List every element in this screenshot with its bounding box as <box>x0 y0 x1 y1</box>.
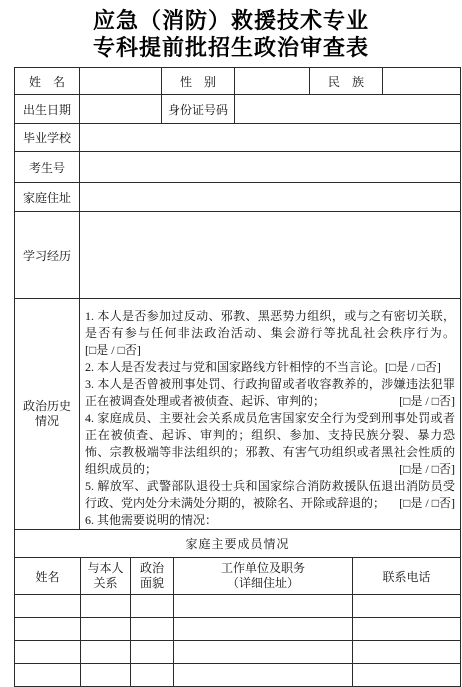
political-history-content: 1. 本人是否参加过反动、邪教、黑恶势力组织，或与之有密切关联，是否有参与任何非… <box>80 299 461 530</box>
family-header-work-line2: （详细住址） <box>176 576 350 591</box>
school-label: 毕业学校 <box>15 124 80 152</box>
political-history-label: 政治历史 情况 <box>15 299 80 530</box>
political-history-label-line2: 情况 <box>17 414 77 429</box>
political-item-2: 2. 本人是否发表过与党和国家路线方针相悖的不当言论。[□是 / □否] <box>85 359 455 376</box>
form-title: 应急（消防）救援技术专业 专科提前批招生政治审查表 <box>0 0 462 61</box>
row-study-history: 学习经历 <box>15 212 461 299</box>
family-header-political: 政治 面貌 <box>131 558 174 595</box>
political-item-3: 3. 本人是否曾被刑事处罚、行政拘留或者收容教养的，涉嫌违法犯罪正在被调查处理或… <box>85 376 455 410</box>
family-header-relation-line2: 关系 <box>83 576 128 591</box>
family-cell <box>15 595 81 618</box>
ethnicity-value-cell <box>383 68 461 95</box>
family-section-title: 家庭主要成员情况 <box>15 530 461 558</box>
family-header-row: 姓名 与本人 关系 政治 面貌 工作单位及职务 （详细住址） 联系电话 <box>15 558 461 595</box>
political-item-1-text: 1. 本人是否参加过反动、邪教、黑恶势力组织，或与之有密切关联，是否有参与任何非… <box>85 309 455 340</box>
family-cell <box>353 641 461 664</box>
family-header-political-line1: 政治 <box>133 561 171 576</box>
gender-value-cell <box>235 68 310 95</box>
family-cell <box>15 664 81 687</box>
political-item-1-checkbox: [□是 / □否] <box>85 343 141 357</box>
family-header-political-line2: 面貌 <box>133 576 171 591</box>
candidate-no-label: 考生号 <box>15 152 80 183</box>
family-cell <box>131 618 174 641</box>
family-cell <box>81 641 131 664</box>
family-cell <box>81 618 131 641</box>
family-cell <box>15 641 81 664</box>
family-row-3 <box>15 641 461 664</box>
row-birthdate-id: 出生日期 身份证号码 <box>15 95 461 124</box>
row-home-address: 家庭住址 <box>15 183 461 212</box>
political-item-5-checkbox: [□是 / □否] <box>399 495 455 512</box>
family-cell <box>174 618 353 641</box>
family-cell <box>353 618 461 641</box>
basic-info-table: 姓 名 性 别 民 族 出生日期 身份证号码 毕业学校 考生号 家庭住址 学习经… <box>14 67 461 530</box>
gender-label: 性 别 <box>162 68 235 95</box>
political-history-label-line1: 政治历史 <box>17 399 77 414</box>
row-candidate-no: 考生号 <box>15 152 461 183</box>
family-row-1 <box>15 595 461 618</box>
family-header-phone: 联系电话 <box>353 558 461 595</box>
political-review-form: 应急（消防）救援技术专业 专科提前批招生政治审查表 姓 名 性 别 民 族 出生… <box>0 0 462 687</box>
family-cell <box>174 595 353 618</box>
school-value-cell <box>80 124 461 152</box>
home-address-label: 家庭住址 <box>15 183 80 212</box>
family-cell <box>131 664 174 687</box>
political-item-5: 5. 解放军、武警部队退役士兵和国家综合消防救援队伍退出消防员受行政、党内处分未… <box>85 478 455 512</box>
family-cell <box>174 641 353 664</box>
study-history-value-cell <box>80 212 461 299</box>
political-item-4: 4. 家庭成员、主要社会关系成员危害国家安全行为受到刑事处罚或者正在被侦查、起诉… <box>85 410 455 478</box>
form-title-line2: 专科提前批招生政治审查表 <box>0 34 462 61</box>
family-section-title-row: 家庭主要成员情况 <box>15 530 461 558</box>
political-item-6: 6. 其他需要说明的情况： <box>85 512 455 529</box>
row-political-history: 政治历史 情况 1. 本人是否参加过反动、邪教、黑恶势力组织，或与之有密切关联，… <box>15 299 461 530</box>
id-number-value-cell <box>235 95 461 124</box>
family-cell <box>353 664 461 687</box>
political-item-1: 1. 本人是否参加过反动、邪教、黑恶势力组织，或与之有密切关联，是否有参与任何非… <box>85 308 455 359</box>
name-label: 姓 名 <box>15 68 80 95</box>
political-item-6-text: 6. 其他需要说明的情况： <box>85 513 217 527</box>
family-cell <box>353 595 461 618</box>
family-header-relation-line1: 与本人 <box>83 561 128 576</box>
family-cell <box>81 595 131 618</box>
row-school: 毕业学校 <box>15 124 461 152</box>
family-cell <box>131 641 174 664</box>
political-item-2-checkbox: [□是 / □否] <box>385 360 441 374</box>
ethnicity-label: 民 族 <box>310 68 383 95</box>
family-members-table: 家庭主要成员情况 姓名 与本人 关系 政治 面貌 工作单位及职务 （详细住址） … <box>14 529 461 687</box>
family-header-work-line1: 工作单位及职务 <box>176 561 350 576</box>
family-header-work: 工作单位及职务 （详细住址） <box>174 558 353 595</box>
name-value-cell <box>80 68 162 95</box>
family-row-2 <box>15 618 461 641</box>
political-item-4-checkbox: [□是 / □否] <box>399 461 455 478</box>
family-row-4 <box>15 664 461 687</box>
candidate-no-value-cell <box>80 152 461 183</box>
birth-date-label: 出生日期 <box>15 95 80 124</box>
id-number-label: 身份证号码 <box>162 95 235 124</box>
family-cell <box>81 664 131 687</box>
form-title-line1: 应急（消防）救援技术专业 <box>0 7 462 34</box>
political-item-2-text: 2. 本人是否发表过与党和国家路线方针相悖的不当言论。 <box>85 360 385 374</box>
study-history-label: 学习经历 <box>15 212 80 299</box>
birth-date-value-cell <box>80 95 162 124</box>
family-header-relation: 与本人 关系 <box>81 558 131 595</box>
home-address-value-cell <box>80 183 461 212</box>
row-name-gender-ethnicity: 姓 名 性 别 民 族 <box>15 68 461 95</box>
family-cell <box>131 595 174 618</box>
family-cell <box>15 618 81 641</box>
political-item-3-checkbox: [□是 / □否] <box>399 393 455 410</box>
family-cell <box>174 664 353 687</box>
family-header-name: 姓名 <box>15 558 81 595</box>
